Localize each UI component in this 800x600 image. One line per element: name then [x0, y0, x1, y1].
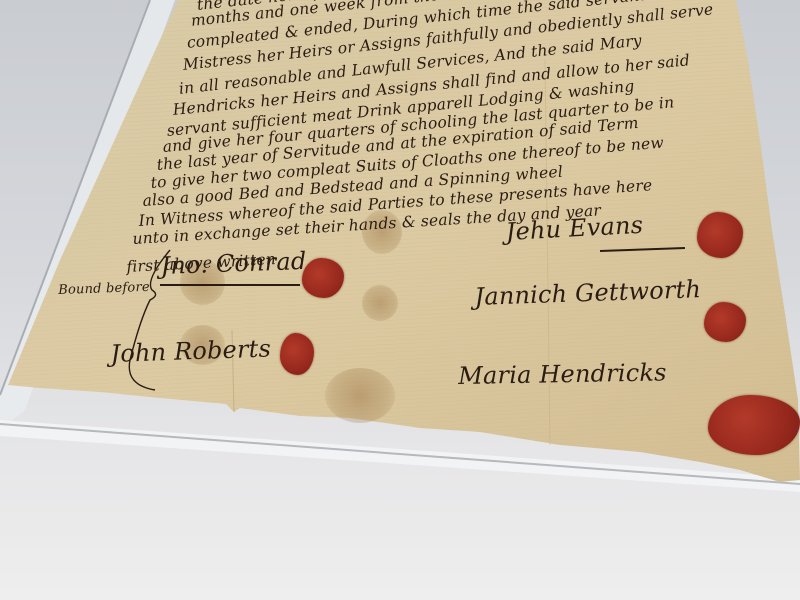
signature-maria-hendricks: Maria Hendricks	[458, 358, 667, 390]
signature-john-roberts: John Roberts	[110, 334, 271, 368]
bracket-flourish	[60, 240, 180, 400]
signature-conrad: Jno. Conrad	[160, 247, 307, 280]
water-stain	[362, 285, 398, 321]
signature-underline	[160, 284, 300, 286]
indenture-document: the date hereof for ... thenceforth mont…	[0, 0, 800, 600]
water-stain	[325, 368, 395, 423]
